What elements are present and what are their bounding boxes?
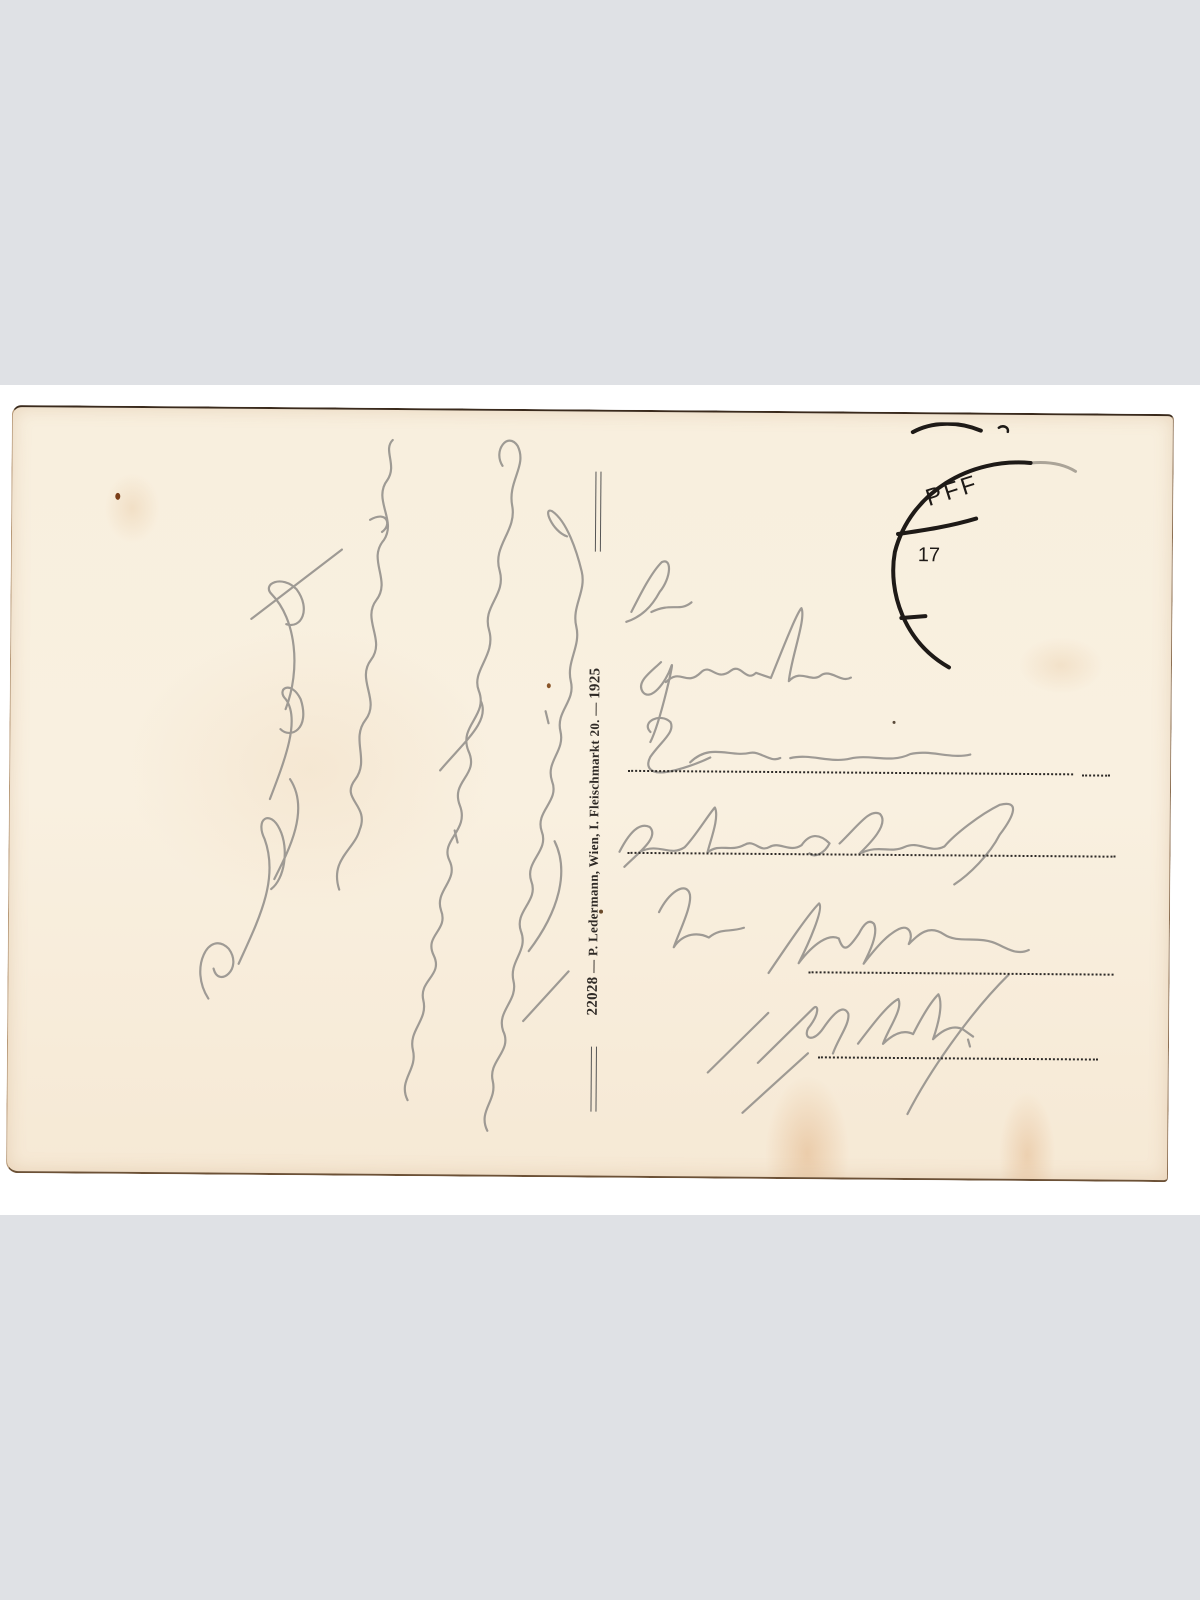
postcard-back: 22028 — P. Ledermann, Wien, I. Fleischma… — [6, 405, 1174, 1182]
address-dotted-line-4 — [818, 1056, 1098, 1060]
address-dotted-line-2 — [627, 852, 1115, 858]
address-dotted-line-1-tail — [1082, 774, 1110, 776]
address-dotted-line-3 — [809, 971, 1114, 975]
address-lines — [7, 407, 1173, 1180]
image-viewer: 22028 — P. Ledermann, Wien, I. Fleischma… — [0, 0, 1200, 1600]
paper-speck — [599, 910, 603, 914]
paper-speck — [115, 493, 120, 500]
paper-speck — [893, 721, 896, 724]
photo-frame: 22028 — P. Ledermann, Wien, I. Fleischma… — [0, 385, 1200, 1215]
paper-speck — [547, 683, 551, 688]
address-dotted-line-1 — [628, 770, 1073, 775]
